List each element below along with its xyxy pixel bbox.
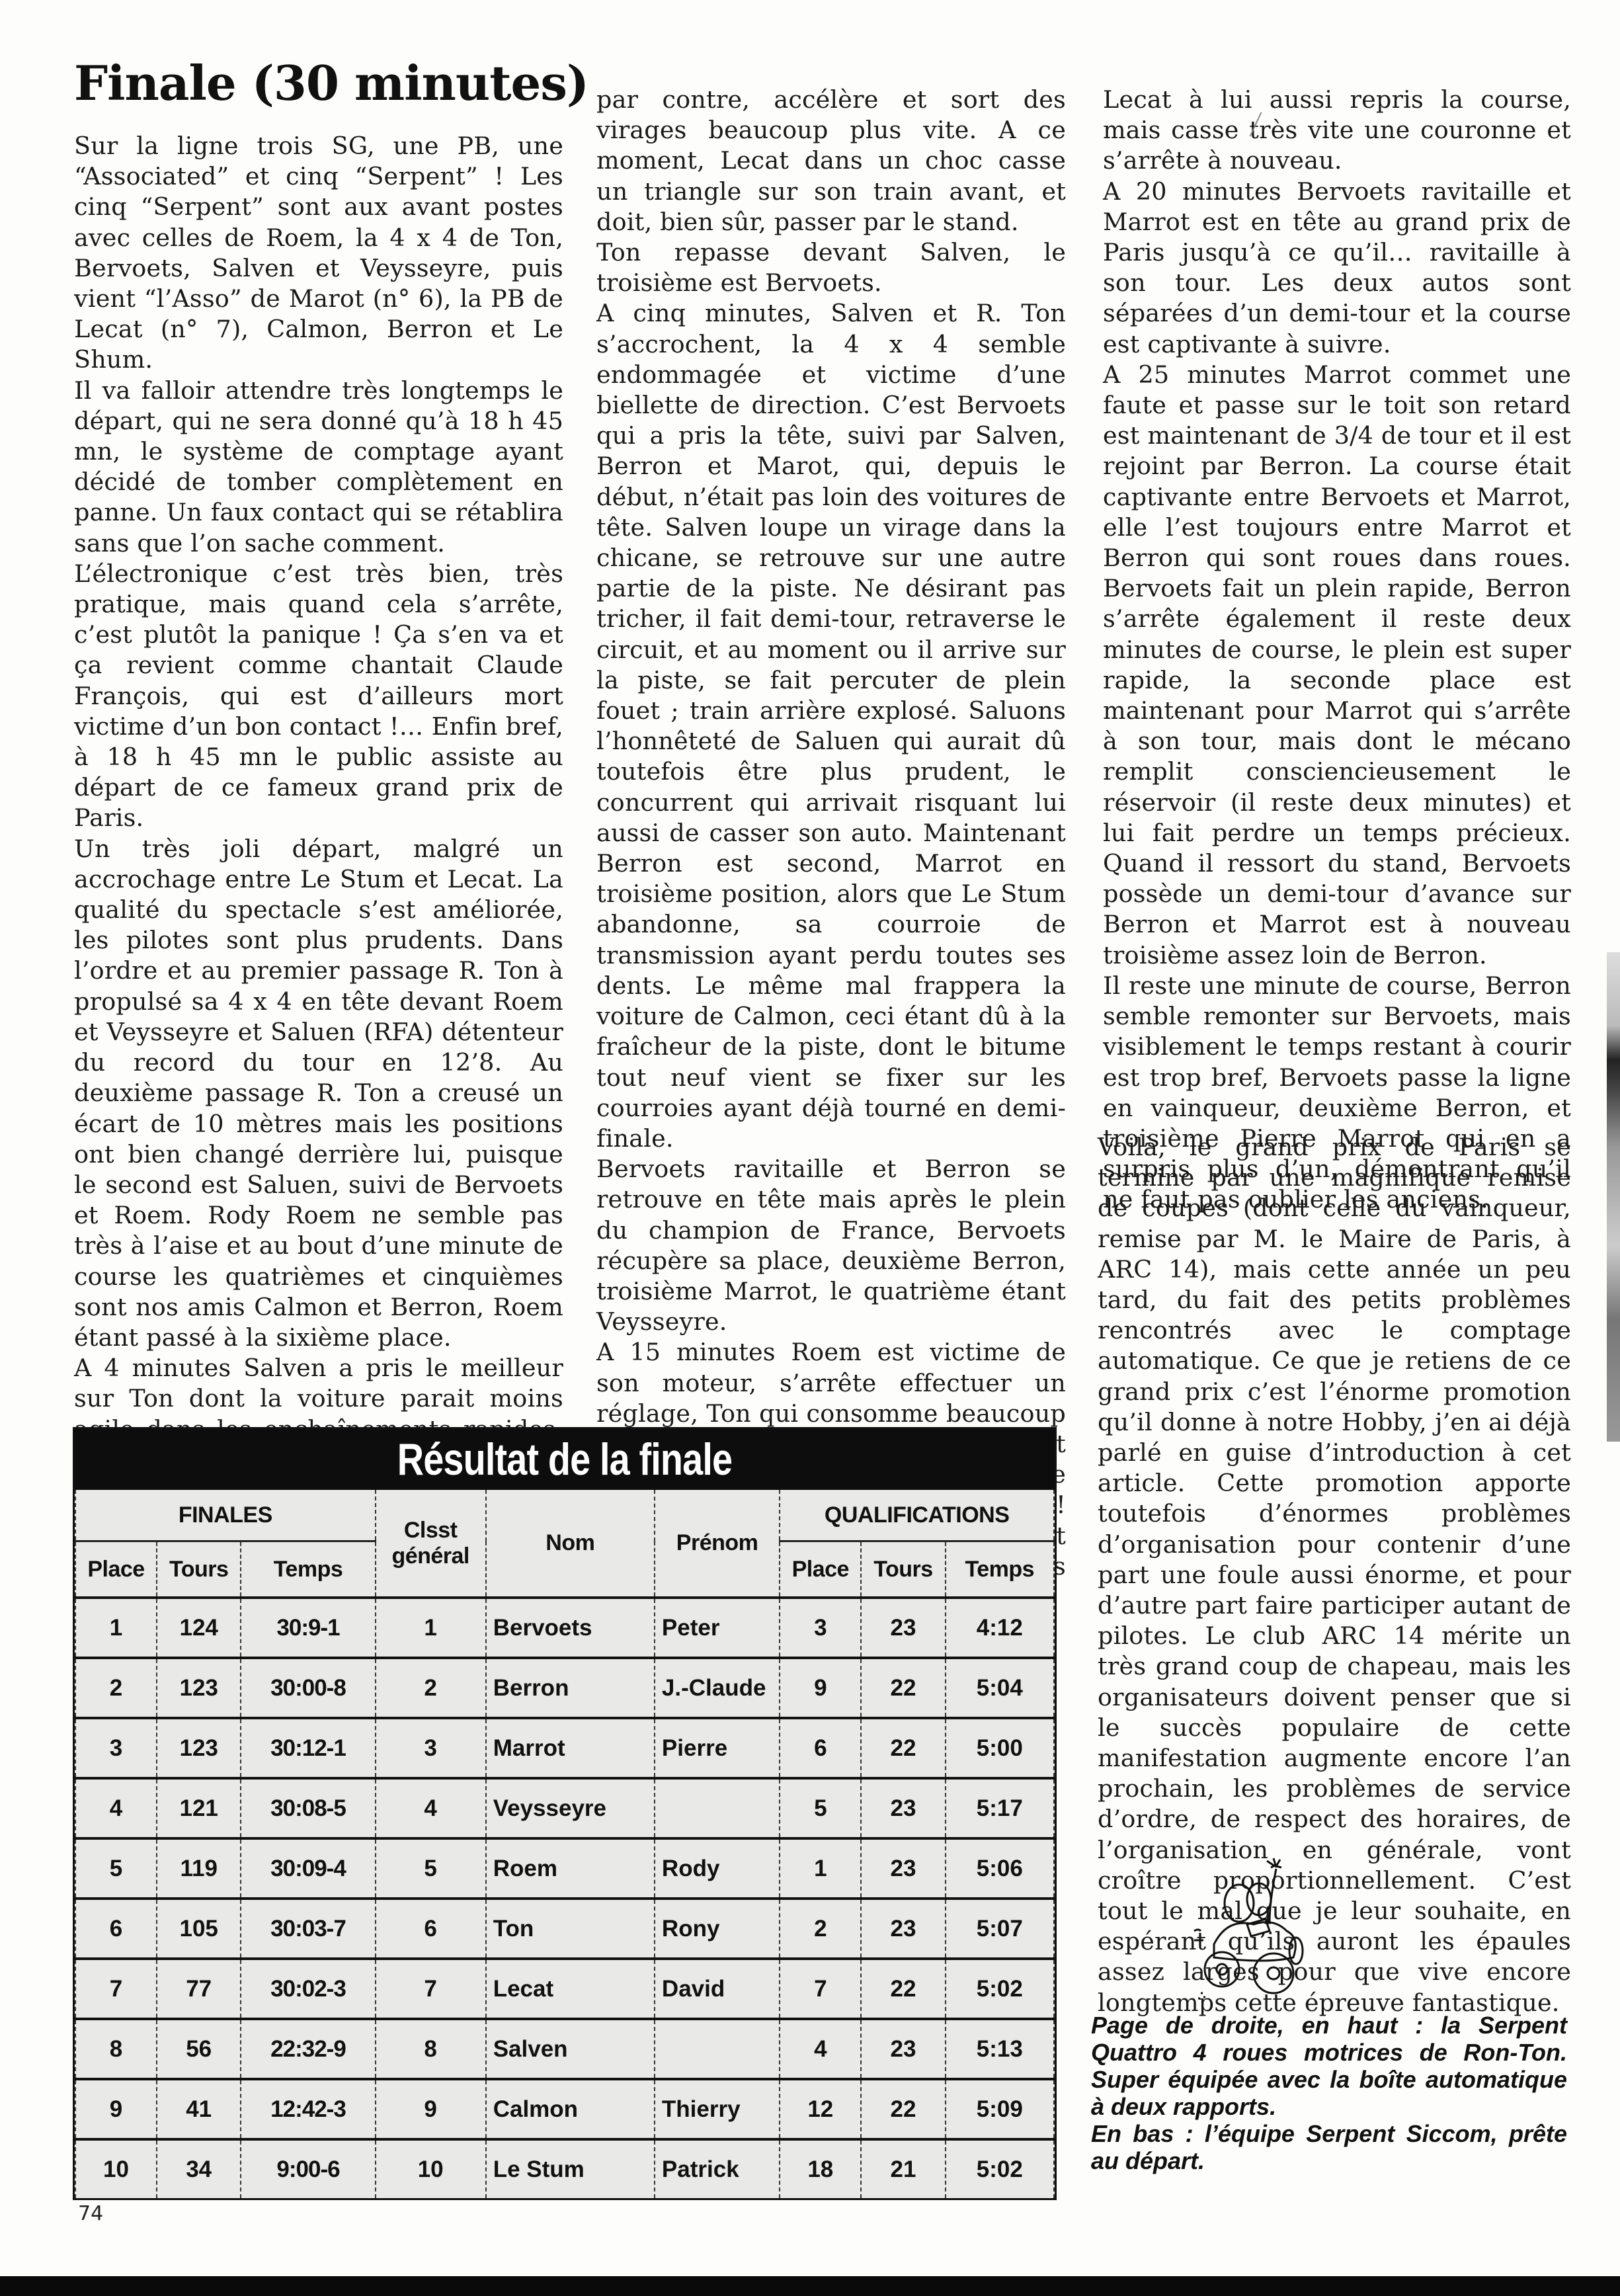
- paragraph: A 20 minutes Bervoets ravitaille et Marr…: [1103, 177, 1571, 360]
- cell-clsst: 6: [376, 1899, 486, 1959]
- cell-temps: 30:02-3: [241, 1959, 375, 2019]
- cell-nom: Le Stum: [486, 2139, 655, 2198]
- cell-q-place: 1: [780, 1838, 861, 1899]
- table-row: 312330:12-13MarrotPierre6225:00: [75, 1718, 1054, 1778]
- table-row: 412130:08-54Veysseyre5235:17: [75, 1778, 1054, 1838]
- cell-q-place: 3: [780, 1598, 861, 1658]
- article-column-2: par contre, accélère et sort des virages…: [596, 85, 1066, 1612]
- cell-clsst: 9: [376, 2079, 486, 2139]
- results-grid: FINALES Clsst général Nom Prénom QUALIFI…: [75, 1490, 1055, 2198]
- paragraph: L’électronique c’est très bien, très pra…: [74, 559, 563, 834]
- cell-nom: Marrot: [486, 1718, 655, 1778]
- cell-place: 8: [75, 2019, 157, 2079]
- cell-clsst: 4: [376, 1778, 486, 1838]
- paragraph: Ton repasse devant Salven, le troisième …: [596, 237, 1066, 298]
- cell-prenom: [655, 1778, 780, 1838]
- column-header-prenom: Prénom: [655, 1490, 780, 1598]
- cell-clsst: 3: [376, 1718, 486, 1778]
- cell-q-temps: 5:17: [946, 1778, 1054, 1838]
- scan-bottom-edge: [0, 2276, 1620, 2296]
- cell-temps: 30:12-1: [241, 1718, 375, 1778]
- column-header-q-tours: Tours: [861, 1541, 945, 1598]
- cell-prenom: Pierre: [655, 1718, 780, 1778]
- results-table: Résultat de la finale FINALES Clsst géné…: [73, 1427, 1057, 2200]
- cell-q-tours: 23: [861, 1598, 945, 1658]
- cell-temps: 30:09-4: [241, 1838, 375, 1899]
- cell-tours: 124: [157, 1598, 241, 1658]
- cell-tours: 123: [157, 1718, 241, 1778]
- cell-q-tours: 22: [861, 1658, 945, 1718]
- paragraph: Sur la ligne trois SG, une PB, une “Asso…: [74, 131, 563, 376]
- results-title: Résultat de la finale: [163, 1429, 966, 1490]
- cell-q-place: 2: [780, 1899, 861, 1959]
- cell-tours: 123: [157, 1658, 241, 1718]
- cell-nom: Salven: [486, 2019, 655, 2079]
- cell-temps: 30:08-5: [241, 1778, 375, 1838]
- column-header-place: Place: [75, 1541, 157, 1598]
- cell-place: 5: [75, 1838, 157, 1899]
- cell-q-temps: 5:09: [946, 2079, 1054, 2139]
- cell-nom: Bervoets: [486, 1598, 655, 1658]
- column-header-nom: Nom: [486, 1490, 655, 1598]
- caption-bottom: En bas : l’équipe Serpent Siccom, prête …: [1091, 2120, 1567, 2174]
- cell-q-tours: 21: [861, 2139, 945, 2198]
- cell-prenom: Rony: [655, 1899, 780, 1959]
- group-header-qualifications: QUALIFICATIONS: [780, 1490, 1054, 1541]
- cartoon-car-icon: [1174, 1852, 1307, 2010]
- table-row: 511930:09-45RoemRody1235:06: [75, 1838, 1054, 1899]
- paragraph: Un très joli départ, malgré un accrochag…: [74, 834, 563, 1353]
- cell-q-temps: 5:04: [946, 1658, 1054, 1718]
- column-header-q-place: Place: [780, 1541, 861, 1598]
- table-row: 112430:9-11BervoetsPeter3234:12: [75, 1598, 1054, 1658]
- cell-nom: Ton: [486, 1899, 655, 1959]
- cell-prenom: J.-Claude: [655, 1658, 780, 1718]
- cell-tours: 56: [157, 2019, 241, 2079]
- cell-prenom: Patrick: [655, 2139, 780, 2198]
- cell-temps: 9:00-6: [241, 2139, 375, 2198]
- cell-nom: Berron: [486, 1658, 655, 1718]
- paragraph: Lecat à lui aussi repris la course, mais…: [1103, 85, 1571, 177]
- cell-place: 10: [75, 2139, 157, 2198]
- cell-q-tours: 22: [861, 1959, 945, 2019]
- cell-place: 2: [75, 1658, 157, 1718]
- cell-place: 9: [75, 2079, 157, 2139]
- cell-q-tours: 23: [861, 1899, 945, 1959]
- cell-q-tours: 23: [861, 2019, 945, 2079]
- cell-clsst: 5: [376, 1838, 486, 1899]
- paragraph: A 25 minutes Marrot commet une faute et …: [1103, 360, 1571, 971]
- cell-clsst: 10: [376, 2139, 486, 2198]
- cell-nom: Lecat: [486, 1959, 655, 2019]
- table-row: 610530:03-76TonRony2235:07: [75, 1899, 1054, 1959]
- cell-temps: 12:42-3: [241, 2079, 375, 2139]
- cell-q-place: 7: [780, 1959, 861, 2019]
- column-header-temps: Temps: [241, 1541, 375, 1598]
- caption-top: Page de droite, en haut : la Serpent Qua…: [1091, 2012, 1567, 2120]
- cell-q-place: 12: [780, 2079, 861, 2139]
- cell-q-temps: 5:06: [946, 1838, 1054, 1899]
- cell-prenom: Rody: [655, 1838, 780, 1899]
- article-title: Finale (30 minutes): [74, 48, 563, 119]
- cell-q-temps: 4:12: [946, 1598, 1054, 1658]
- cell-temps: 30:9-1: [241, 1598, 375, 1658]
- photo-caption: Page de droite, en haut : la Serpent Qua…: [1091, 2012, 1567, 2174]
- cell-place: 7: [75, 1959, 157, 2019]
- article-column-3-conclusion: Voilà, le grand prix de Paris se termine…: [1098, 1132, 1571, 2018]
- cell-nom: Roem: [486, 1838, 655, 1899]
- table-row: 212330:00-82BerronJ.-Claude9225:04: [75, 1658, 1054, 1718]
- column-header-clsst: Clsst général: [376, 1490, 486, 1598]
- paragraph: par contre, accélère et sort des virages…: [596, 85, 1066, 237]
- cell-prenom: Peter: [655, 1598, 780, 1658]
- paragraph: Il va falloir attendre très longtemps le…: [74, 376, 563, 559]
- cell-q-place: 9: [780, 1658, 861, 1718]
- cell-tours: 34: [157, 2139, 241, 2198]
- cell-prenom: [655, 2019, 780, 2079]
- cell-place: 6: [75, 1899, 157, 1959]
- cell-tours: 41: [157, 2079, 241, 2139]
- article-column-3: Lecat à lui aussi repris la course, mais…: [1103, 85, 1571, 1215]
- cell-place: 3: [75, 1718, 157, 1778]
- column-header-tours: Tours: [157, 1541, 241, 1598]
- cell-q-place: 6: [780, 1718, 861, 1778]
- paragraph: A cinq minutes, Salven et R. Ton s’accro…: [596, 298, 1066, 1154]
- table-row: 77730:02-37LecatDavid7225:02: [75, 1959, 1054, 2019]
- group-header-finales: FINALES: [75, 1490, 376, 1541]
- cell-nom: Calmon: [486, 2079, 655, 2139]
- column-header-q-temps: Temps: [946, 1541, 1054, 1598]
- cell-temps: 30:03-7: [241, 1899, 375, 1959]
- cell-tours: 119: [157, 1838, 241, 1899]
- cell-q-tours: 22: [861, 1718, 945, 1778]
- cell-tours: 77: [157, 1959, 241, 2019]
- results-title-bar: Résultat de la finale: [75, 1429, 1055, 1490]
- cell-nom: Veysseyre: [486, 1778, 655, 1838]
- cell-q-temps: 5:00: [946, 1718, 1054, 1778]
- cell-q-place: 18: [780, 2139, 861, 2198]
- cell-place: 1: [75, 1598, 157, 1658]
- page-number: 74: [78, 2202, 103, 2225]
- cell-clsst: 7: [376, 1959, 486, 2019]
- table-row: 85622:32-98Salven4235:13: [75, 2019, 1054, 2079]
- cell-q-place: 4: [780, 2019, 861, 2079]
- cell-clsst: 1: [376, 1598, 486, 1658]
- cell-q-temps: 5:13: [946, 2019, 1054, 2079]
- cell-prenom: David: [655, 1959, 780, 2019]
- cell-q-temps: 5:02: [946, 1959, 1054, 2019]
- cell-q-tours: 22: [861, 2079, 945, 2139]
- cell-q-temps: 5:07: [946, 1899, 1054, 1959]
- cell-tours: 121: [157, 1778, 241, 1838]
- cell-temps: 22:32-9: [241, 2019, 375, 2079]
- cell-clsst: 8: [376, 2019, 486, 2079]
- cell-q-place: 5: [780, 1778, 861, 1838]
- table-row: 94112:42-39CalmonThierry12225:09: [75, 2079, 1054, 2139]
- cell-q-tours: 23: [861, 1778, 945, 1838]
- paragraph: Voilà, le grand prix de Paris se termine…: [1098, 1132, 1571, 2018]
- cell-tours: 105: [157, 1899, 241, 1959]
- cell-q-temps: 5:02: [946, 2139, 1054, 2198]
- paragraph: Bervoets ravitaille et Berron se retrouv…: [596, 1154, 1066, 1337]
- cell-clsst: 2: [376, 1658, 486, 1718]
- table-row: 10349:00-610Le StumPatrick18215:02: [75, 2139, 1054, 2198]
- cell-q-tours: 23: [861, 1838, 945, 1899]
- cell-prenom: Thierry: [655, 2079, 780, 2139]
- cell-temps: 30:00-8: [241, 1658, 375, 1718]
- cell-place: 4: [75, 1778, 157, 1838]
- article-column-1: Finale (30 minutes) Sur la ligne trois S…: [74, 48, 563, 1475]
- adjacent-page-photo-edge: [1607, 952, 1620, 1442]
